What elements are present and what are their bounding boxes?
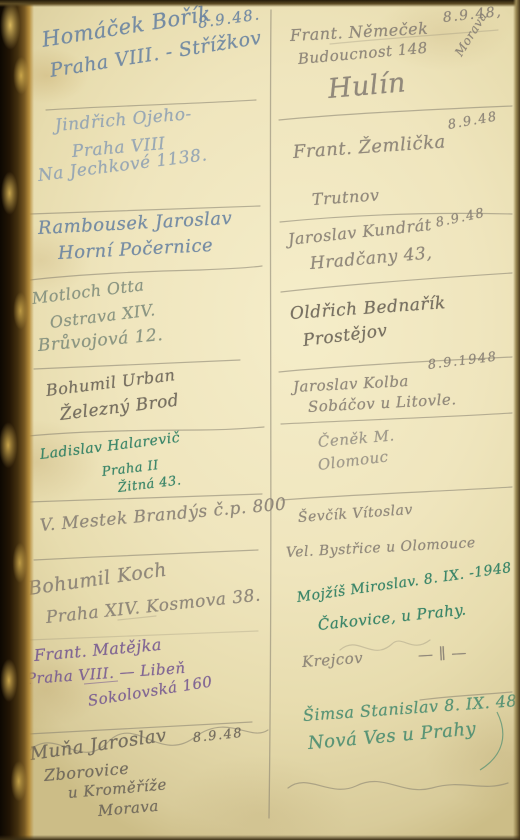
signature-line: Horní Počernice	[57, 235, 213, 264]
signature-line: Krejcov	[301, 649, 363, 671]
entry-date: 8.9.1948	[427, 350, 498, 373]
signature-line: Bohumil Koch	[26, 559, 168, 600]
entry-date: 8.9.48	[434, 206, 486, 231]
signature-line: Hradčany 43,	[309, 243, 433, 274]
signature-line: Jaroslav Kolba	[293, 372, 410, 396]
signature-line: Vel. Bystřice u Olomouce	[286, 535, 477, 561]
signature-line: Čakovice, u Prahy.	[317, 600, 467, 633]
signature-line: Sobáčov u Litovle.	[308, 390, 457, 416]
signature-line: Morava	[97, 797, 159, 820]
signature-line: Muňa Jaroslav	[29, 725, 168, 765]
signature-line: Ladislav Halarevič	[39, 430, 181, 463]
signature-line: Ševčík Vítoslav	[297, 502, 413, 526]
page-edge-top	[0, 0, 520, 7]
signature-line: Frant. Žemlička	[292, 131, 446, 163]
signature-line: Šimsa Stanislav 8. IX. 48.	[302, 691, 520, 725]
signature-line: Frant. Matějka	[33, 635, 162, 665]
signature-line: Olomouc	[317, 447, 390, 474]
signature-line: Jindřich Ojeho-	[54, 104, 192, 136]
signature-line: Nová Ves u Prahy	[307, 718, 477, 754]
signature-line: Hulín	[327, 67, 408, 105]
signature-line: Trutnov	[311, 185, 380, 209]
entry-date: 8.9.48	[192, 726, 244, 746]
signature-line: — ∥ —	[418, 643, 468, 664]
page-edge-right	[513, 0, 520, 840]
signature-line: Jaroslav Kundrát	[287, 215, 432, 249]
book-binding-edge	[0, 0, 34, 840]
guestbook-page: 8.9.48.Homáček BoříkPraha VIII. - Střížk…	[0, 0, 520, 840]
page-edge-bottom	[0, 835, 520, 840]
signature-line: Prostějov	[302, 321, 389, 351]
signature-line: Oldřich Bednařík	[289, 293, 446, 324]
entry-date: 8.9.48	[447, 109, 499, 133]
signature-line: Mojžíš Miroslav. 8. IX. -1948	[296, 560, 513, 606]
signature-line: V. Mestek Brandýs č.p. 800	[39, 494, 287, 535]
